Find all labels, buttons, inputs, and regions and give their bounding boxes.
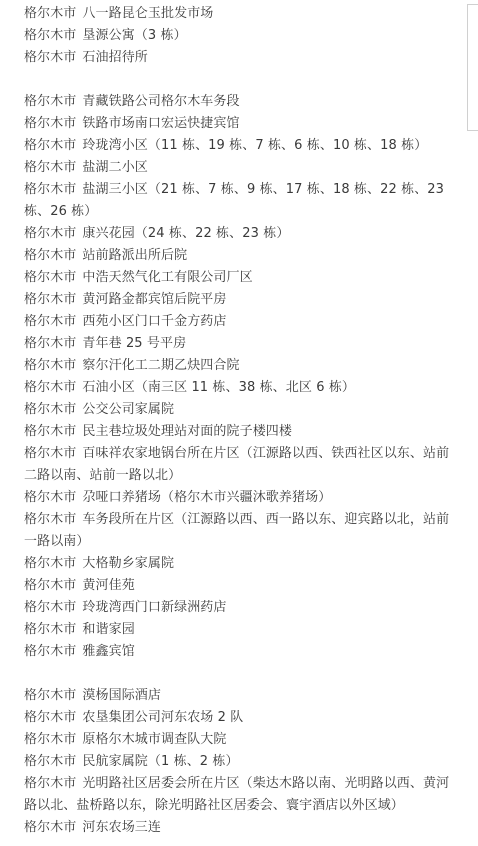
city-label: 格尔木市 bbox=[24, 754, 76, 769]
list-item: 格尔木市盐湖三小区（21 栋、7 栋、9 栋、17 栋、18 栋、22 栋、23… bbox=[24, 179, 452, 223]
list-item: 格尔木市河东农场三连 bbox=[24, 817, 452, 839]
location-text: 和谐家园 bbox=[82, 622, 134, 637]
city-label: 格尔木市 bbox=[24, 138, 76, 153]
list-item: 格尔木市玲珑湾西门口新绿洲药店 bbox=[24, 597, 452, 619]
location-text: 民航家属院（1 栋、2 栋） bbox=[82, 754, 238, 769]
list-item: 格尔木市公交公司家属院 bbox=[24, 399, 452, 421]
city-label: 格尔木市 bbox=[24, 28, 76, 43]
paragraph-gap bbox=[24, 69, 452, 91]
group-2: 格尔木市青藏铁路公司格尔木车务段 格尔木市铁路市场南口宏运快捷宾馆 格尔木市玲珑… bbox=[24, 91, 452, 663]
list-item: 格尔木市青年巷 25 号平房 bbox=[24, 333, 452, 355]
location-text: 中浩天然气化工有限公司厂区 bbox=[82, 270, 252, 285]
city-label: 格尔木市 bbox=[24, 644, 76, 659]
list-item: 格尔木市车务段所在片区（江源路以西、西一路以东、迎宾路以北，站前一路以南） bbox=[24, 509, 452, 553]
location-text: 青年巷 25 号平房 bbox=[82, 336, 186, 351]
location-text: 原格尔木城市调查队大院 bbox=[82, 732, 226, 747]
list-item: 格尔木市黄河路金都宾馆后院平房 bbox=[24, 289, 452, 311]
location-text: 民主巷垃圾处理站对面的院子楼四楼 bbox=[82, 424, 292, 439]
city-label: 格尔木市 bbox=[24, 270, 76, 285]
list-item: 格尔木市尕哑口养猪场（格尔木市兴疆沐歌养猪场） bbox=[24, 487, 452, 509]
city-label: 格尔木市 bbox=[24, 490, 76, 505]
side-frame-edge bbox=[467, 4, 478, 131]
location-text: 雅鑫宾馆 bbox=[82, 644, 134, 659]
list-item: 格尔木市光明路社区居委会所在片区（柴达木路以南、光明路以西、黄河路以北、盐桥路以… bbox=[24, 773, 452, 817]
list-item: 格尔木市大格勒乡家属院 bbox=[24, 553, 452, 575]
city-label: 格尔木市 bbox=[24, 424, 76, 439]
location-text: 玲珑湾小区（11 栋、19 栋、7 栋、6 栋、10 栋、18 栋） bbox=[82, 138, 427, 153]
list-item: 格尔木市察尔汗化工二期乙炔四合院 bbox=[24, 355, 452, 377]
list-item: 格尔木市青藏铁路公司格尔木车务段 bbox=[24, 91, 452, 113]
list-item: 格尔木市盐湖二小区 bbox=[24, 157, 452, 179]
city-label: 格尔木市 bbox=[24, 292, 76, 307]
location-text: 西苑小区门口千金方药店 bbox=[82, 314, 226, 329]
location-text: 车务段所在片区（江源路以西、西一路以东、迎宾路以北，站前一路以南） bbox=[24, 512, 449, 549]
city-label: 格尔木市 bbox=[24, 314, 76, 329]
city-label: 格尔木市 bbox=[24, 358, 76, 373]
list-item: 格尔木市石油招待所 bbox=[24, 47, 452, 69]
group-3: 格尔木市漠杨国际酒店 格尔木市农垦集团公司河东农场 2 队 格尔木市原格尔木城市… bbox=[24, 685, 452, 839]
list-item: 格尔木市八一路昆仑玉批发市场 bbox=[24, 3, 452, 25]
city-label: 格尔木市 bbox=[24, 622, 76, 637]
city-label: 格尔木市 bbox=[24, 688, 76, 703]
list-item: 格尔木市站前路派出所后院 bbox=[24, 245, 452, 267]
list-item: 格尔木市玲珑湾小区（11 栋、19 栋、7 栋、6 栋、10 栋、18 栋） bbox=[24, 135, 452, 157]
city-label: 格尔木市 bbox=[24, 380, 76, 395]
city-label: 格尔木市 bbox=[24, 160, 76, 175]
list-item: 格尔木市西苑小区门口千金方药店 bbox=[24, 311, 452, 333]
location-text: 玲珑湾西门口新绿洲药店 bbox=[82, 600, 226, 615]
city-label: 格尔木市 bbox=[24, 732, 76, 747]
location-text: 大格勒乡家属院 bbox=[82, 556, 174, 571]
location-text: 漠杨国际酒店 bbox=[82, 688, 161, 703]
list-item: 格尔木市垦源公寓（3 栋） bbox=[24, 25, 452, 47]
city-label: 格尔木市 bbox=[24, 710, 76, 725]
location-text: 光明路社区居委会所在片区（柴达木路以南、光明路以西、黄河路以北、盐桥路以东，除光… bbox=[24, 776, 449, 813]
list-item: 格尔木市农垦集团公司河东农场 2 队 bbox=[24, 707, 452, 729]
location-text: 石油小区（南三区 11 栋、38 栋、北区 6 栋） bbox=[82, 380, 355, 395]
location-text: 康兴花园（24 栋、22 栋、23 栋） bbox=[82, 226, 289, 241]
city-label: 格尔木市 bbox=[24, 6, 76, 21]
city-label: 格尔木市 bbox=[24, 446, 76, 461]
list-item: 格尔木市百味祥农家地锅台所在片区（江源路以西、铁西社区以东、站前二路以南、站前一… bbox=[24, 443, 452, 487]
list-item: 格尔木市康兴花园（24 栋、22 栋、23 栋） bbox=[24, 223, 452, 245]
location-text: 黄河佳苑 bbox=[82, 578, 134, 593]
list-item: 格尔木市民主巷垃圾处理站对面的院子楼四楼 bbox=[24, 421, 452, 443]
city-label: 格尔木市 bbox=[24, 402, 76, 417]
list-item: 格尔木市石油小区（南三区 11 栋、38 栋、北区 6 栋） bbox=[24, 377, 452, 399]
list-item: 格尔木市中浩天然气化工有限公司厂区 bbox=[24, 267, 452, 289]
location-text: 尕哑口养猪场（格尔木市兴疆沐歌养猪场） bbox=[82, 490, 331, 505]
location-text: 盐湖三小区（21 栋、7 栋、9 栋、17 栋、18 栋、22 栋、23 栋、2… bbox=[24, 182, 444, 219]
group-1: 格尔木市八一路昆仑玉批发市场 格尔木市垦源公寓（3 栋） 格尔木市石油招待所 bbox=[24, 3, 452, 69]
location-list-document: 格尔木市八一路昆仑玉批发市场 格尔木市垦源公寓（3 栋） 格尔木市石油招待所 格… bbox=[24, 3, 452, 839]
city-label: 格尔木市 bbox=[24, 776, 76, 791]
location-text: 公交公司家属院 bbox=[82, 402, 174, 417]
city-label: 格尔木市 bbox=[24, 600, 76, 615]
location-text: 八一路昆仑玉批发市场 bbox=[82, 6, 213, 21]
list-item: 格尔木市雅鑫宾馆 bbox=[24, 641, 452, 663]
city-label: 格尔木市 bbox=[24, 556, 76, 571]
paragraph-gap bbox=[24, 663, 452, 685]
city-label: 格尔木市 bbox=[24, 226, 76, 241]
location-text: 察尔汗化工二期乙炔四合院 bbox=[82, 358, 239, 373]
location-text: 青藏铁路公司格尔木车务段 bbox=[82, 94, 239, 109]
list-item: 格尔木市原格尔木城市调查队大院 bbox=[24, 729, 452, 751]
location-text: 农垦集团公司河东农场 2 队 bbox=[82, 710, 243, 725]
city-label: 格尔木市 bbox=[24, 336, 76, 351]
list-item: 格尔木市漠杨国际酒店 bbox=[24, 685, 452, 707]
location-text: 河东农场三连 bbox=[82, 820, 161, 835]
location-text: 百味祥农家地锅台所在片区（江源路以西、铁西社区以东、站前二路以南、站前一路以北） bbox=[24, 446, 449, 483]
city-label: 格尔木市 bbox=[24, 116, 76, 131]
location-text: 站前路派出所后院 bbox=[82, 248, 187, 263]
city-label: 格尔木市 bbox=[24, 94, 76, 109]
location-text: 黄河路金都宾馆后院平房 bbox=[82, 292, 226, 307]
location-text: 铁路市场南口宏运快捷宾馆 bbox=[82, 116, 239, 131]
city-label: 格尔木市 bbox=[24, 50, 76, 65]
list-item: 格尔木市铁路市场南口宏运快捷宾馆 bbox=[24, 113, 452, 135]
city-label: 格尔木市 bbox=[24, 248, 76, 263]
city-label: 格尔木市 bbox=[24, 182, 76, 197]
location-text: 石油招待所 bbox=[82, 50, 148, 65]
list-item: 格尔木市民航家属院（1 栋、2 栋） bbox=[24, 751, 452, 773]
city-label: 格尔木市 bbox=[24, 578, 76, 593]
city-label: 格尔木市 bbox=[24, 820, 76, 835]
list-item: 格尔木市黄河佳苑 bbox=[24, 575, 452, 597]
location-text: 盐湖二小区 bbox=[82, 160, 148, 175]
city-label: 格尔木市 bbox=[24, 512, 76, 527]
list-item: 格尔木市和谐家园 bbox=[24, 619, 452, 641]
location-text: 垦源公寓（3 栋） bbox=[82, 28, 186, 43]
